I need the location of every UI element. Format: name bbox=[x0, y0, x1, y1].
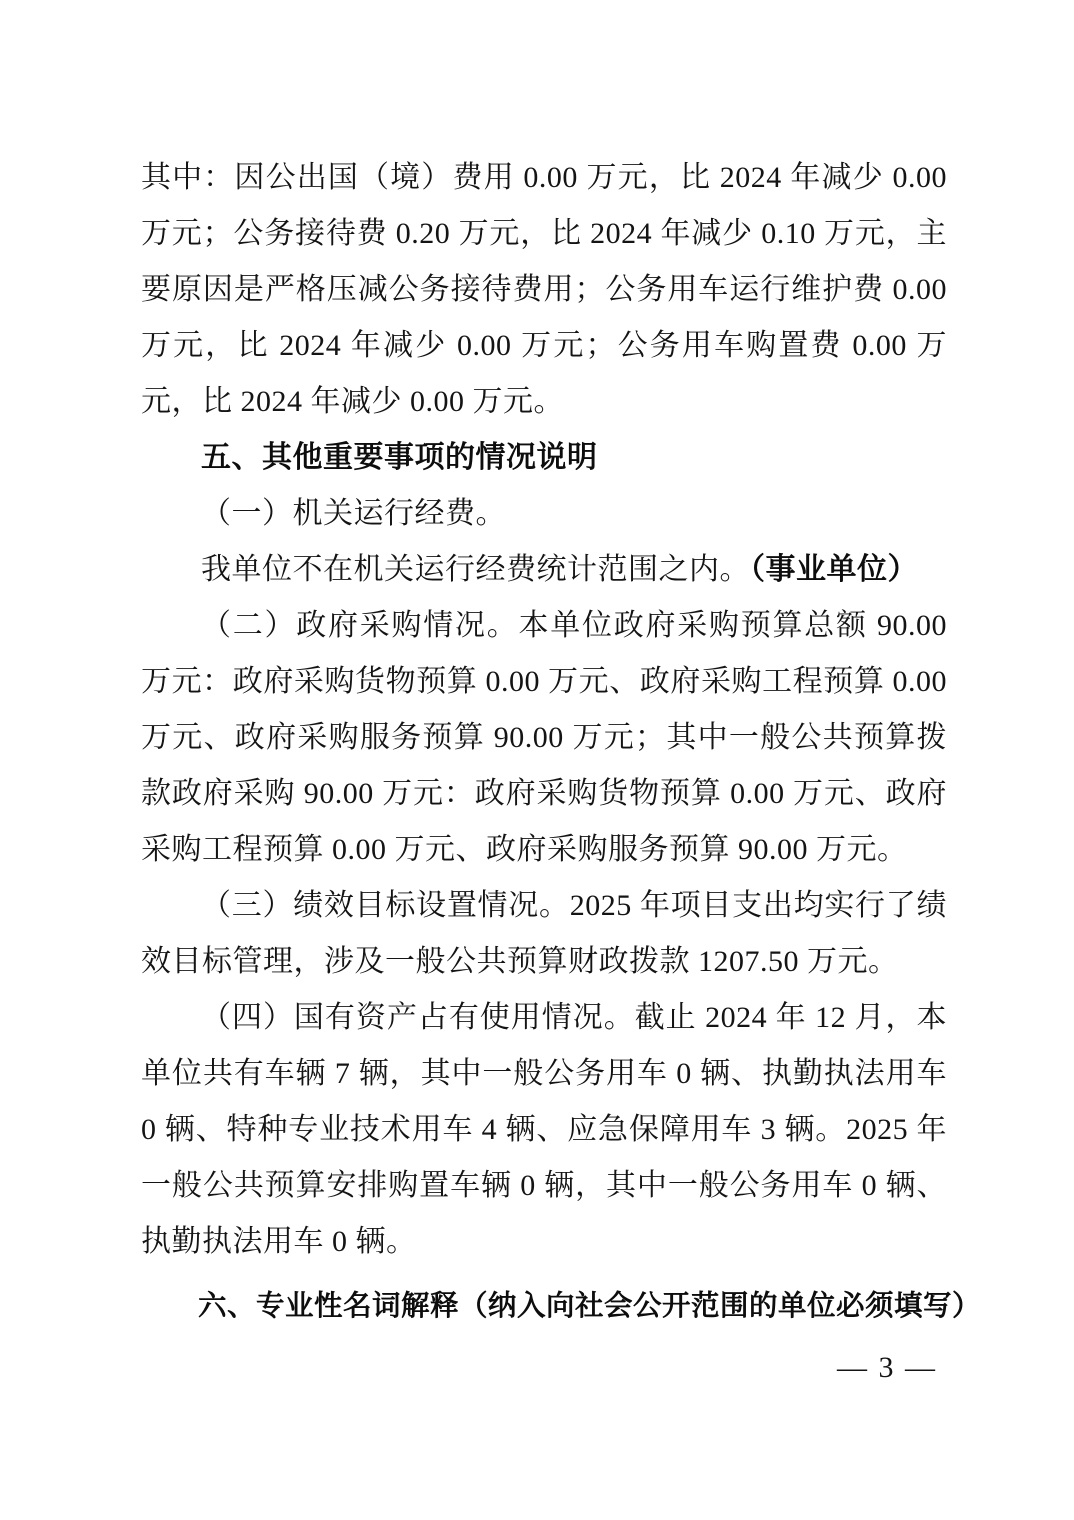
paragraph-operating-funds-statement: 我单位不在机关运行经费统计范围之内。（事业单位） bbox=[141, 542, 947, 598]
page-number: — 3 — bbox=[837, 1348, 937, 1388]
section-heading-six-terminology: 六、专业性名词解释（纳入向社会公开范围的单位必须填写） bbox=[141, 1278, 947, 1334]
operating-funds-statement-text: 我单位不在机关运行经费统计范围之内。 bbox=[201, 553, 750, 586]
document-body: 其中：因公出国（境）费用 0.00 万元，比 2024 年减少 0.00 万元；… bbox=[141, 150, 947, 1334]
paragraph-sangong-expenses-continuation: 其中：因公出国（境）费用 0.00 万元，比 2024 年减少 0.00 万元；… bbox=[141, 150, 947, 430]
document-page: 其中：因公出国（境）费用 0.00 万元，比 2024 年减少 0.00 万元；… bbox=[0, 0, 1074, 1520]
paragraph-item-three-performance-targets: （三）绩效目标设置情况。2025 年项目支出均实行了绩效目标管理，涉及一般公共预… bbox=[141, 878, 947, 990]
paragraph-item-four-state-assets: （四）国有资产占有使用情况。截止 2024 年 12 月，本单位共有车辆 7 辆… bbox=[141, 990, 947, 1270]
paragraph-item-two-government-procurement: （二）政府采购情况。本单位政府采购预算总额 90.00 万元：政府采购货物预算 … bbox=[141, 598, 947, 878]
paragraph-item-one-operating-funds: （一）机关运行经费。 bbox=[141, 486, 947, 542]
section-heading-five-other-important-matters: 五、其他重要事项的情况说明 bbox=[141, 430, 947, 486]
public-institution-bold-note: （事业单位） bbox=[750, 553, 918, 586]
